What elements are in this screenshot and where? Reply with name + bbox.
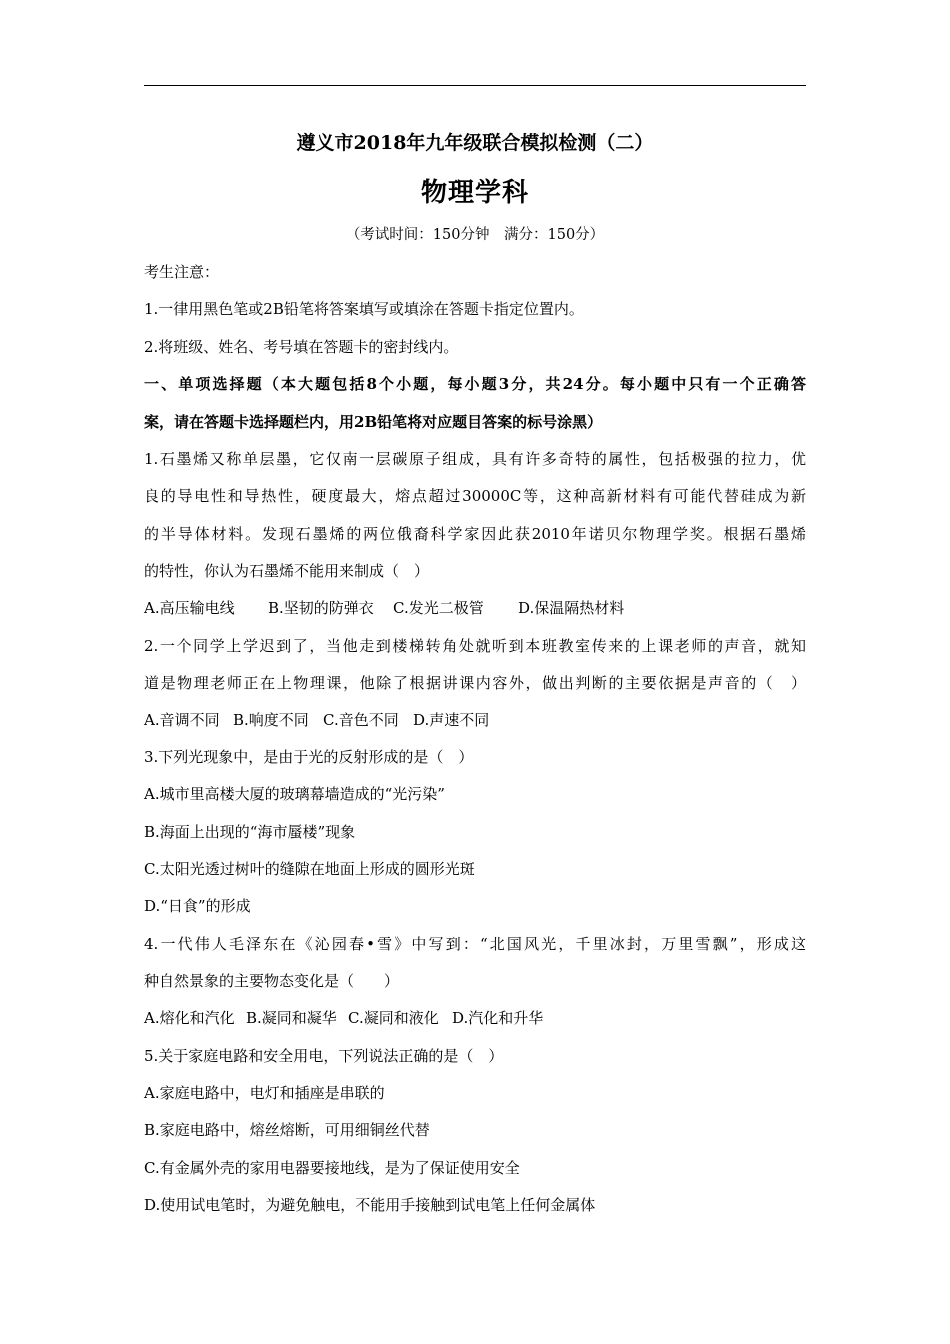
option-a: A.熔化和汽化 [144,1008,235,1028]
question-stem: 2.一个同学上学迟到了，当他走到楼梯转角处就听到本班教室传来的上课老师的声音，就… [144,636,806,656]
section-heading: 一、单项选择题（本大题包括8个小题，每小题3分，共24分。每小题中只有一个正确答 [144,374,806,394]
option-a: A.家庭电路中，电灯和插座是串联的 [144,1083,385,1103]
option-a: A.城市里高楼大厦的玻璃幕墙造成的“光污染” [144,784,445,804]
question-stem: 的特性，你认为石墨烯不能用来制成（ ） [144,561,429,581]
question-stem: 良的导电性和导热性，硬度最大，熔点超过30000C等，这种高新材料有可能代替硅成… [144,486,806,506]
option-d: D.使用试电笔时，为避免触电，不能用手接触到试电笔上任何金属体 [144,1195,595,1215]
question-stem: 5.关于家庭电路和安全用电，下列说法正确的是（ ） [144,1046,503,1066]
exam-title: 遵义市2018年九年级联合模拟检测（二） [0,128,950,155]
subject-title: 物理学科 [0,172,950,209]
question-stem: 3.下列光现象中，是由于光的反射形成的是（ ） [144,747,473,767]
option-b: B.响度不同 [233,710,309,730]
notice-item: 2.将班级、姓名、考号填在答题卡的密封线内。 [144,337,458,357]
question-stem: 的半导体材料。发现石墨烯的两位俄裔科学家因此获2010年诺贝尔物理学奖。根据石墨… [144,524,806,544]
option-b: B.坚韧的防弹衣 [268,598,374,618]
question-stem: 道是物理老师正在上物理课，他除了根据讲课内容外，做出判断的主要依据是声音的（ ） [144,673,806,693]
question-stem: 种自然景象的主要物态变化是（ ） [144,971,399,991]
option-a: A.音调不同 [144,710,220,730]
question-stem: 4.一代伟人毛泽东在《沁园春•雪》中写到：“北国风光，千里冰封，万里雪飘”，形成… [144,934,806,954]
option-b: B.家庭电路中，熔丝熔断，可用细铜丝代替 [144,1120,430,1140]
exam-info: （考试时间：150分钟 满分：150分） [0,223,950,244]
option-c: C.有金属外壳的家用电器要接地线，是为了保证使用安全 [144,1158,520,1178]
notice-heading: 考生注意： [144,262,219,282]
option-b: B.凝同和凝华 [246,1008,337,1028]
option-c: C.音色不同 [323,710,399,730]
option-c: C.凝同和液化 [348,1008,439,1028]
option-d: D.声速不同 [413,710,489,730]
option-c: C.发光二极管 [393,598,484,618]
option-d: D.“日食”的形成 [144,896,251,916]
notice-item: 1.一律用黑色笔或2B铅笔将答案填写或填涂在答题卡指定位置内。 [144,299,584,319]
section-heading: 案，请在答题卡选择题栏内，用2B铅笔将对应题目答案的标号涂黑） [144,412,602,432]
header-rule [144,85,806,86]
question-stem: 1.石墨烯又称单层墨，它仅南一层碳原子组成，具有许多奇特的属性，包括极强的拉力，… [144,449,806,469]
option-d: D.汽化和升华 [452,1008,543,1028]
option-c: C.太阳光透过树叶的缝隙在地面上形成的圆形光斑 [144,859,475,879]
option-a: A.高压输电线 [144,598,235,618]
option-b: B.海面上出现的“海市蜃楼”现象 [144,822,355,842]
option-d: D.保温隔热材料 [518,598,624,618]
